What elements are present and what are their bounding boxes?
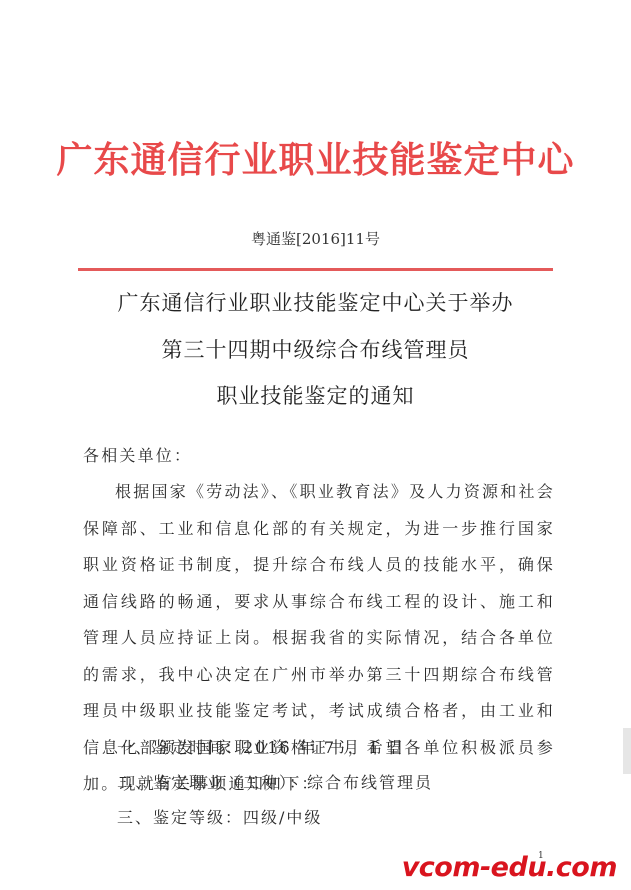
item-appraisal-time: 一、鉴定时间：2016 年 7 月 1 日 — [117, 730, 433, 765]
notice-title-line-2: 第三十四期中级综合布线管理员 — [0, 334, 631, 364]
watermark-logo: vcom-edu.com — [402, 852, 617, 883]
item-appraisal-level: 三、鉴定等级：四级/中级 — [117, 800, 433, 835]
red-divider — [78, 268, 553, 271]
document-number: 粤通鉴[2016]11号 — [0, 228, 631, 249]
scan-artifact — [623, 728, 631, 774]
salutation: 各相关单位： — [83, 438, 555, 475]
notice-title-line-3: 职业技能鉴定的通知 — [0, 380, 631, 410]
organization-header: 广东通信行业职业技能鉴定中心 — [0, 132, 631, 183]
item-appraisal-occupation: 二、鉴定职业（工种）：综合布线管理员 — [117, 765, 433, 800]
notice-items: 一、鉴定时间：2016 年 7 月 1 日 二、鉴定职业（工种）：综合布线管理员… — [117, 730, 433, 835]
notice-title-line-1: 广东通信行业职业技能鉴定中心关于举办 — [0, 287, 631, 317]
